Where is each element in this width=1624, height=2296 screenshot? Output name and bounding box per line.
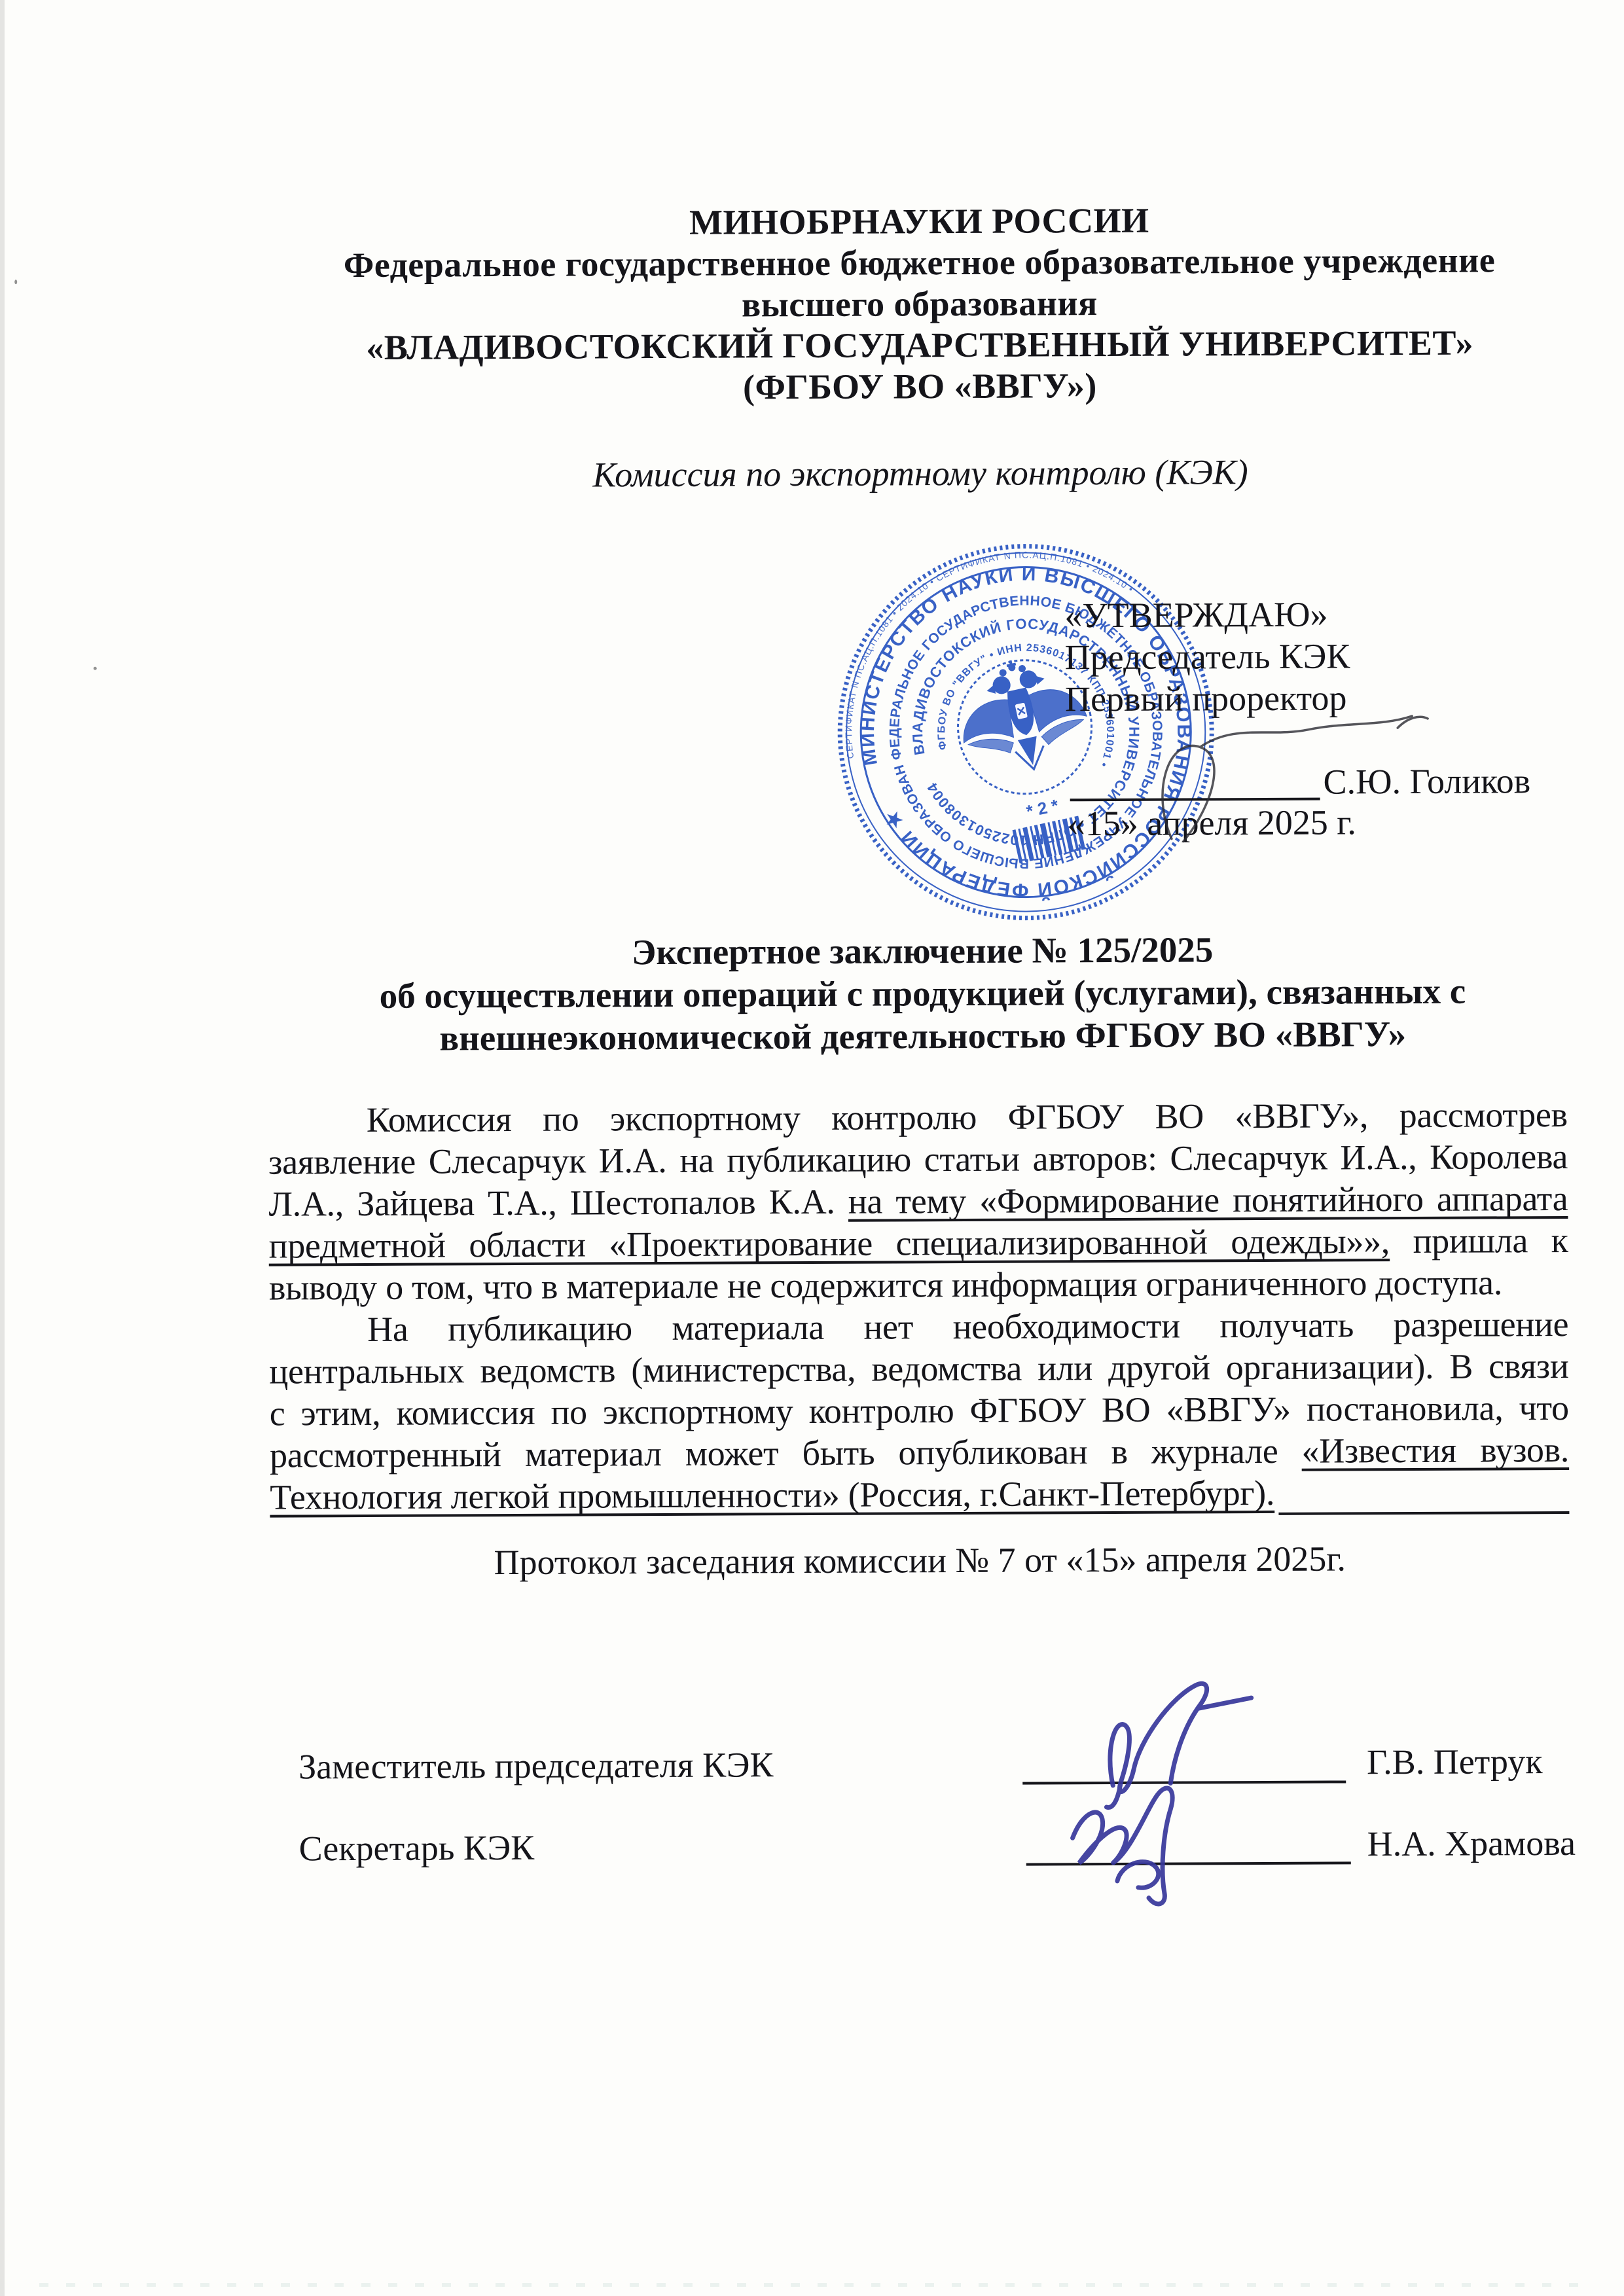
approve-word: «УТВЕРЖДАЮ» (1064, 592, 1562, 636)
scan-speck (14, 279, 17, 284)
letterhead: МИНОБРНАУКИ РОССИИ Федеральное государст… (219, 198, 1621, 410)
signature-label-secretary: Секретарь КЭК (299, 1827, 535, 1870)
institution-type-line2: высшего образования (219, 281, 1620, 328)
body-line: На публикацию материала нет необходимост… (269, 1303, 1568, 1351)
scan-edge-shadow (0, 0, 5, 2296)
ministry-name: МИНОБРНАУКИ РОССИИ (219, 198, 1620, 245)
body-line: Комиссия по экспортному контролю ФГБОУ В… (268, 1094, 1568, 1141)
khramova-signature-ink (1050, 1759, 1247, 1916)
underlined-text: предметной области «Проектирование специ… (269, 1221, 1390, 1265)
committee-line: Комиссия по экспортному контролю (КЭК) (219, 451, 1621, 496)
body-line: рассмотренный материал может быть опубли… (270, 1429, 1569, 1477)
institution-type-line1: Федеральное государственное бюджетное об… (219, 240, 1620, 287)
title-line-2: об осуществлении операций с продукцией (… (222, 969, 1623, 1018)
title-line-3: внешнеэкономической деятельностью ФГБОУ … (222, 1012, 1623, 1060)
body-line: с этим, комиссия по экспортному контролю… (270, 1387, 1569, 1435)
stamp-center-mark: * 2 * (1024, 795, 1060, 821)
body-line: Технология легкой промышленности» (Росси… (270, 1471, 1569, 1518)
university-abbreviation: (ФГБОУ ВО «ВВГУ») (219, 363, 1621, 410)
approver-role-1: Председатель КЭК (1065, 634, 1562, 678)
university-name: «ВЛАДИВОСТОКСКИЙ ГОСУДАРСТВЕННЫЙ УНИВЕРС… (219, 322, 1621, 369)
scanned-document-page: МИНОБРНАУКИ РОССИИ Федеральное государст… (0, 0, 1624, 2296)
body-line: заявление Слесарчук И.А. на публикацию с… (268, 1136, 1568, 1183)
body-paragraphs: Комиссия по экспортному контролю ФГБОУ В… (268, 1094, 1570, 1518)
text-segment: Комиссия по экспортному контролю ФГБОУ В… (367, 1095, 1568, 1139)
approver-signature-ink (1137, 698, 1439, 856)
trailing-underline-rule (1278, 1471, 1569, 1515)
protocol-line: Протокол заседания комиссии № 7 от «15» … (270, 1537, 1570, 1585)
text-segment: пришла к (1390, 1221, 1568, 1261)
underlined-text: на тему «Формирование понятийного аппара… (848, 1179, 1568, 1221)
underlined-text: «Известия вузов. (1301, 1430, 1569, 1471)
signature-label-deputy-chair: Заместитель председателя КЭК (298, 1744, 774, 1787)
text-segment: На публикацию материала нет необходимост… (367, 1304, 1568, 1349)
document-title: Экспертное заключение № 125/2025 об осущ… (222, 927, 1624, 1060)
body-line: центральных ведомств (министерства, ведо… (269, 1345, 1568, 1393)
underlined-text: Технология легкой промышленности» (Росси… (270, 1472, 1274, 1518)
body-line: выводу о том, что в материале не содержи… (269, 1261, 1568, 1309)
signature-name-petruk: Г.В. Петрук (1367, 1740, 1543, 1783)
text-segment: с этим, комиссия по экспортному контролю… (270, 1388, 1569, 1433)
scan-speck (94, 667, 97, 670)
text-segment: центральных ведомств (министерства, ведо… (269, 1346, 1568, 1391)
text-segment: рассмотренный материал может быть опубли… (270, 1431, 1302, 1475)
signature-name-khramova: Н.А. Храмова (1367, 1822, 1576, 1865)
scan-bottom-noise (39, 2283, 1585, 2287)
text-segment: выводу о том, что в материале не содержи… (269, 1263, 1502, 1307)
text-segment: Л.А., Зайцева Т.А., Шестопалов К.А. (268, 1182, 848, 1224)
text-segment: заявление Слесарчук И.А. на публикацию с… (268, 1137, 1568, 1182)
title-line-1: Экспертное заключение № 125/2025 (222, 927, 1623, 975)
body-line: Л.А., Зайцева Т.А., Шестопалов К.А. на т… (268, 1177, 1568, 1225)
body-line: предметной области «Проектирование специ… (269, 1219, 1568, 1267)
